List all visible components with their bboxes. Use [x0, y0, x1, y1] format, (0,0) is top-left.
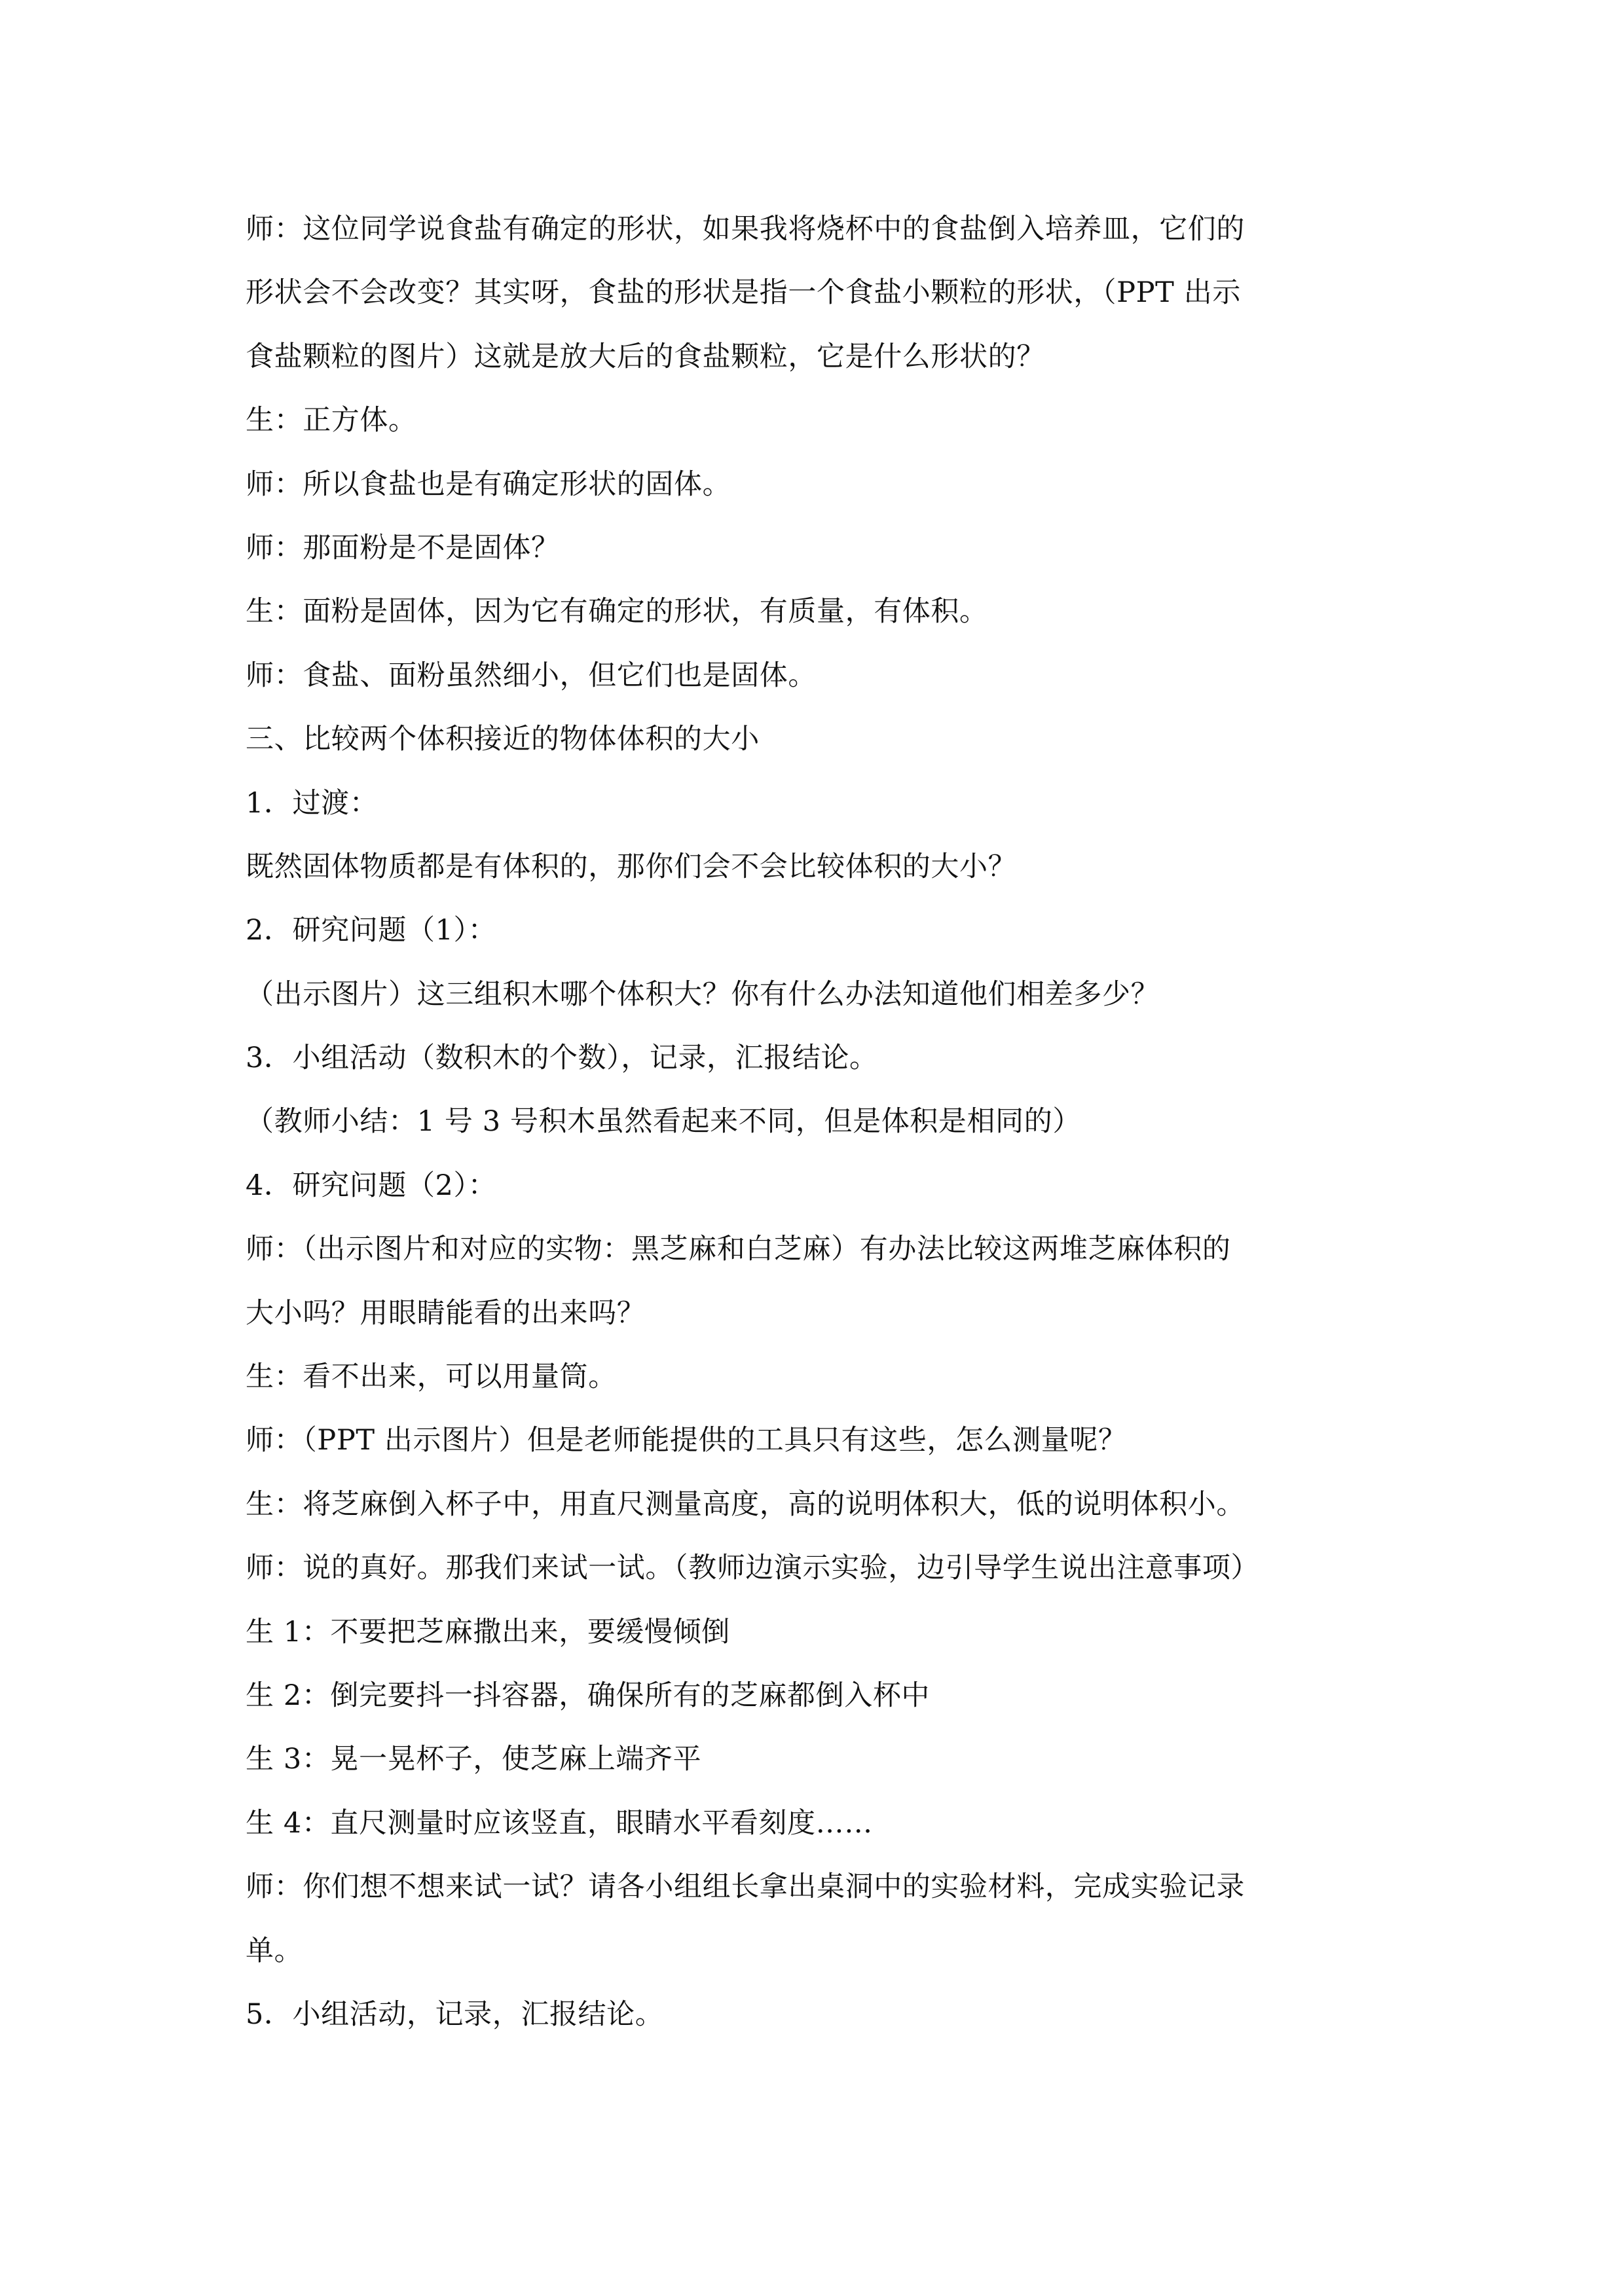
text-line: 食盐颗粒的图片）这就是放大后的食盐颗粒，它是什么形状的？: [246, 325, 1392, 389]
paragraph-student-4: 生 4：直尺测量时应该竖直，眼睛水平看刻度……: [246, 1792, 1392, 1855]
document-page: 师：这位同学说食盐有确定的形状，如果我将烧杯中的食盐倒入培养皿，它们的 形状会不…: [246, 198, 1392, 2047]
paragraph-teacher-salt-solid: 师：所以食盐也是有确定形状的固体。: [246, 453, 1392, 517]
paragraph-teacher-sesame-question: 师：（出示图片和对应的实物：黑芝麻和白芝麻）有办法比较这两堆芝麻体积的 大小吗？…: [246, 1218, 1392, 1345]
step-4-research-question-2: 4．研究问题（2）：: [246, 1154, 1392, 1218]
text-line: 师：这位同学说食盐有确定的形状，如果我将烧杯中的食盐倒入培养皿，它们的: [246, 198, 1392, 261]
paragraph-teacher-instructions: 师：你们想不想来试一试？请各小组组长拿出桌洞中的实验材料，完成实验记录 单。: [246, 1855, 1392, 1983]
step-5-group-activity: 5．小组活动，记录，汇报结论。: [246, 1983, 1392, 2047]
text-line: 单。: [246, 1920, 1392, 1983]
paragraph-teacher-salt-shape: 师：这位同学说食盐有确定的形状，如果我将烧杯中的食盐倒入培养皿，它们的 形状会不…: [246, 198, 1392, 389]
paragraph-student-cylinder: 生：看不出来，可以用量筒。: [246, 1345, 1392, 1409]
paragraph-student-cube: 生：正方体。: [246, 389, 1392, 452]
paragraph-student-flour-answer: 生：面粉是固体，因为它有确定的形状，有质量，有体积。: [246, 580, 1392, 644]
paragraph-blocks-question: （出示图片）这三组积木哪个体积大？你有什么办法知道他们相差多少？: [246, 963, 1392, 1027]
step-1-transition: 1．过渡：: [246, 772, 1392, 835]
paragraph-student-1: 生 1：不要把芝麻撒出来，要缓慢倾倒: [246, 1601, 1392, 1664]
paragraph-student-method: 生：将芝麻倒入杯子中，用直尺测量高度，高的说明体积大，低的说明体积小。: [246, 1473, 1392, 1537]
paragraph-teacher-summary: 师：食盐、面粉虽然细小，但它们也是固体。: [246, 644, 1392, 708]
paragraph-teacher-tools: 师：（PPT 出示图片）但是老师能提供的工具只有这些，怎么测量呢？: [246, 1409, 1392, 1472]
text-line: 大小吗？用眼睛能看的出来吗？: [246, 1282, 1392, 1345]
paragraph-teacher-conclusion: （教师小结：1 号 3 号积木虽然看起来不同，但是体积是相同的）: [246, 1090, 1392, 1154]
section-heading: 三、比较两个体积接近的物体体积的大小: [246, 708, 1392, 771]
text-line: 师：（出示图片和对应的实物：黑芝麻和白芝麻）有办法比较这两堆芝麻体积的: [246, 1218, 1392, 1281]
paragraph-teacher-flour-question: 师：那面粉是不是固体？: [246, 517, 1392, 580]
step-2-research-question-1: 2．研究问题（1）：: [246, 899, 1392, 962]
step-3-group-activity: 3．小组活动（数积木的个数），记录，汇报结论。: [246, 1027, 1392, 1090]
paragraph-teacher-demo: 师：说的真好。那我们来试一试。（教师边演示实验，边引导学生说出注意事项）: [246, 1537, 1392, 1600]
paragraph-student-3: 生 3：晃一晃杯子，使芝麻上端齐平: [246, 1728, 1392, 1791]
paragraph-student-2: 生 2：倒完要抖一抖容器，确保所有的芝麻都倒入杯中: [246, 1664, 1392, 1728]
text-line: 师：你们想不想来试一试？请各小组组长拿出桌洞中的实验材料，完成实验记录: [246, 1855, 1392, 1919]
paragraph-transition-question: 既然固体物质都是有体积的，那你们会不会比较体积的大小？: [246, 835, 1392, 899]
text-line: 形状会不会改变？其实呀，食盐的形状是指一个食盐小颗粒的形状，（PPT 出示: [246, 261, 1392, 325]
